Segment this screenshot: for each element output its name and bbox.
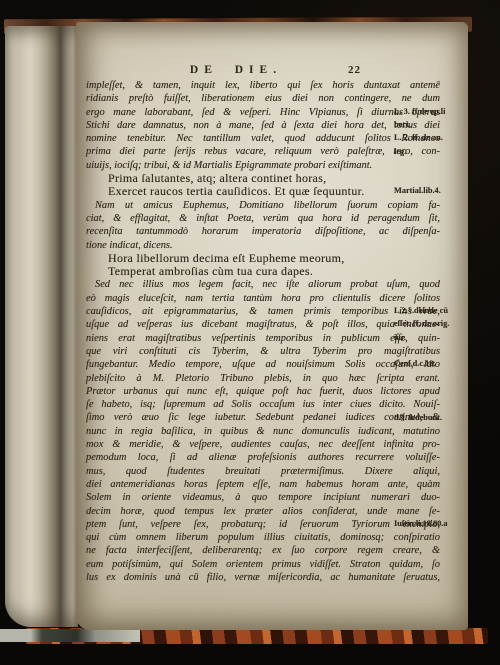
- text-line: ſe habeto, isq; ſupremum ad Solis occaſu…: [86, 398, 440, 411]
- text-line: mus, quod ſtudentes breuitati prætermiſi…: [86, 465, 440, 478]
- text-line: recenſita tantummodò horarum imperatoria…: [86, 225, 440, 238]
- verse-line: Exercet raucos tertia cauſidicos. Et quæ…: [86, 185, 440, 198]
- text-line: Nam ut amicus Euphemus, Domitiano libell…: [86, 199, 440, 212]
- text-line: prima diei parte ſerijs rebus vacare, re…: [86, 145, 440, 158]
- text-line: pemodum loca, ſi ad alienæ profeſsionis …: [86, 451, 440, 464]
- verse-line: Prima ſalutantes, atq; altera continet h…: [86, 172, 440, 185]
- text-line: fungebantur. Medio tempore, uſque ad nou…: [86, 358, 440, 371]
- verse-line: Temperat ambroſias cùm tua cura dapes.: [86, 265, 440, 278]
- text-line: eò magis eluceſcit, nam tertia tantùm ho…: [86, 292, 440, 305]
- facing-page-edge: [5, 26, 78, 627]
- text-line: ergo mane laborabant, ſed & veſperi. Hin…: [86, 106, 440, 119]
- text-line: plebiſcito à M. Pletorio Tribuno plebis,…: [86, 372, 440, 385]
- text-line: ne facta interfeciſſent, deliberarentq; …: [86, 544, 440, 557]
- text-line: Prætor urbanus qui nunc eſt, quique poſt…: [86, 385, 440, 398]
- text-line: nomine tenebitur. Nec tantillum valet, q…: [86, 132, 440, 145]
- book-page: DE DIE. 22 impleſſet, & tamen, inquit le…: [76, 22, 468, 630]
- text-line: Stichi dare damnatus, non à mane, ſed à …: [86, 119, 440, 132]
- table-edge: [0, 629, 140, 642]
- text-line: Solem in oriente videamus, à quo tempore…: [86, 491, 440, 504]
- text-line: eum potiſsimùm, qui Solem orientem primu…: [86, 558, 440, 571]
- page-number: 22: [348, 64, 361, 76]
- text-line: qui cùm omnem liberum populum illius ciu…: [86, 531, 440, 544]
- text-line: ptem ſunt, veſpere ſex, probaturq; id ſe…: [86, 518, 440, 531]
- text-line: diei antemeridianas horas ſeptem eſſe, n…: [86, 478, 440, 491]
- text-line: mox & meridie, & veſpere, audientes cauſ…: [86, 438, 440, 451]
- text-line: decim horæ, quod tempus lex præter alios…: [86, 505, 440, 518]
- running-title: DE DIE.: [136, 64, 336, 76]
- text-line: nunc in regia baſilica, in quibus & nunc…: [86, 425, 440, 438]
- page-header: DE DIE. 22: [76, 64, 468, 80]
- text-block: impleſſet, & tamen, inquit lex, liberto …: [86, 79, 440, 584]
- text-line: ridianis preſtò fuiſſet, liberationem ei…: [86, 92, 440, 105]
- text-line: tione indicat, dicens.: [86, 239, 440, 252]
- text-line: lus ex dominis unà cū filio, vernæ miſer…: [86, 571, 440, 584]
- text-line: niens erat magiſtratibus veſpertinis tem…: [86, 332, 440, 345]
- text-line: uſque ad veſperas ius dicebant magiſtrat…: [86, 318, 440, 331]
- text-line: ſimo verò æuo ſic lege iubetur. Sedebunt…: [86, 411, 440, 424]
- text-line: impleſſet, & tamen, inquit lex, liberto …: [86, 79, 440, 92]
- text-line: que viri conſtituti cis Tyberim, & ultra…: [86, 345, 440, 358]
- book-fore-edge: [468, 24, 491, 646]
- book-photo: DE DIE. 22 impleſſet, & tamen, inquit le…: [0, 0, 500, 665]
- text-line: Sed nec illius mos legem facit, nec iſte…: [86, 278, 440, 291]
- text-line: uiuijs, iociſq; tribui, & id Martialis E…: [86, 159, 440, 172]
- text-line: cauſidicos, ait epigrammatarius, & tamen…: [86, 305, 440, 318]
- text-line: ciat, & efflagitat, & inſtat Poeta, verù…: [86, 212, 440, 225]
- verse-line: Hora libellorum decima eſt Eupheme meoru…: [86, 252, 440, 265]
